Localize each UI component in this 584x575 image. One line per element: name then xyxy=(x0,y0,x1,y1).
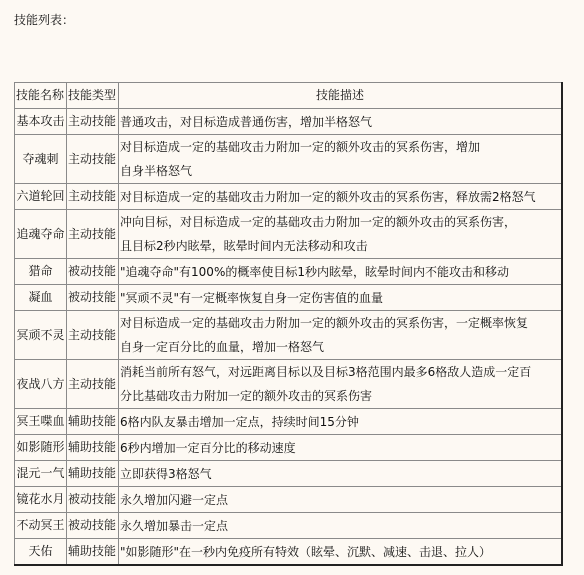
skill-name: 镜花水月 xyxy=(15,487,67,513)
skill-desc-line: 对目标造成一定的基础攻击力附加一定的额外攻击的冥系伤害，释放需2格怒气 xyxy=(120,185,560,209)
table-row: 混元一气辅助技能立即获得3格怒气 xyxy=(15,461,563,487)
skill-type: 主动技能 xyxy=(67,184,119,210)
skill-name: 猎命 xyxy=(15,259,67,285)
skill-type: 主动技能 xyxy=(67,135,119,184)
table-row: 夜战八方主动技能消耗当前所有怒气，对远距离目标以及目标3格范围内最多6格敌人造成… xyxy=(15,360,563,409)
skill-type: 辅助技能 xyxy=(67,409,119,435)
table-row: 夺魂刺主动技能对目标造成一定的基础攻击力附加一定的额外攻击的冥系伤害，增加自身半… xyxy=(15,135,563,184)
skill-desc-line: 对目标造成一定的基础攻击力附加一定的额外攻击的冥系伤害，增加 xyxy=(120,135,560,159)
skill-type: 主动技能 xyxy=(67,360,119,409)
skill-name: 夺魂刺 xyxy=(15,135,67,184)
skill-desc-line: 自身一定百分比的血量，增加一格怒气 xyxy=(120,335,560,359)
skill-name: 天佑 xyxy=(15,539,67,566)
skill-desc-line: 分比基础攻击力附加一定的额外攻击的冥系伤害 xyxy=(120,384,560,408)
page-title: 技能列表： xyxy=(14,12,74,28)
skill-desc-line: 6秒内增加一定百分比的移动速度 xyxy=(120,436,560,460)
table-header-row: 技能名称 技能类型 技能描述 xyxy=(15,83,563,109)
skill-desc: 对目标造成一定的基础攻击力附加一定的额外攻击的冥系伤害，一定概率恢复自身一定百分… xyxy=(119,311,563,360)
skill-desc: 永久增加闪避一定点 xyxy=(119,487,563,513)
skill-type: 被动技能 xyxy=(67,487,119,513)
skill-type: 被动技能 xyxy=(67,513,119,539)
header-skill-name: 技能名称 xyxy=(15,83,67,109)
table-row: 六道轮回主动技能对目标造成一定的基础攻击力附加一定的额外攻击的冥系伤害，释放需2… xyxy=(15,184,563,210)
table-row: 追魂夺命主动技能冲向目标，对目标造成一定的基础攻击力附加一定的额外攻击的冥系伤害… xyxy=(15,210,563,259)
skill-desc: 对目标造成一定的基础攻击力附加一定的额外攻击的冥系伤害，增加自身半格怒气 xyxy=(119,135,563,184)
skill-desc: 对目标造成一定的基础攻击力附加一定的额外攻击的冥系伤害，释放需2格怒气 xyxy=(119,184,563,210)
header-skill-desc: 技能描述 xyxy=(119,83,563,109)
skill-desc: 6格内队友暴击增加一定点，持续时间15分钟 xyxy=(119,409,563,435)
skill-name: 夜战八方 xyxy=(15,360,67,409)
skill-desc: "冥顽不灵"有一定概率恢复自身一定伤害值的血量 xyxy=(119,285,563,311)
skill-desc-line: 自身半格怒气 xyxy=(120,159,560,183)
skill-type: 主动技能 xyxy=(67,210,119,259)
skill-name: 如影随形 xyxy=(15,435,67,461)
skill-type: 主动技能 xyxy=(67,109,119,135)
skill-type: 被动技能 xyxy=(67,259,119,285)
skill-desc: 立即获得3格怒气 xyxy=(119,461,563,487)
skill-name: 凝血 xyxy=(15,285,67,311)
skill-desc: 冲向目标，对目标造成一定的基础攻击力附加一定的额外攻击的冥系伤害，且目标2秒内眩… xyxy=(119,210,563,259)
table-row: 凝血被动技能"冥顽不灵"有一定概率恢复自身一定伤害值的血量 xyxy=(15,285,563,311)
table-row: 冥王喋血辅助技能6格内队友暴击增加一定点，持续时间15分钟 xyxy=(15,409,563,435)
skill-desc-line: 对目标造成一定的基础攻击力附加一定的额外攻击的冥系伤害，一定概率恢复 xyxy=(120,311,560,335)
table-row: 不动冥王被动技能永久增加暴击一定点 xyxy=(15,513,563,539)
skill-name: 六道轮回 xyxy=(15,184,67,210)
skill-desc-line: 普通攻击，对目标造成普通伤害，增加半格怒气 xyxy=(120,110,560,134)
skill-desc: 永久增加暴击一定点 xyxy=(119,513,563,539)
skill-desc-line: 立即获得3格怒气 xyxy=(120,462,560,486)
skill-desc-line: 永久增加闪避一定点 xyxy=(120,488,560,512)
skill-name: 追魂夺命 xyxy=(15,210,67,259)
skill-name: 基本攻击 xyxy=(15,109,67,135)
skill-type: 辅助技能 xyxy=(67,435,119,461)
skill-type: 辅助技能 xyxy=(67,461,119,487)
skill-desc: 消耗当前所有怒气，对远距离目标以及目标3格范围内最多6格敌人造成一定百分比基础攻… xyxy=(119,360,563,409)
skill-name: 不动冥王 xyxy=(15,513,67,539)
skill-desc: 普通攻击，对目标造成普通伤害，增加半格怒气 xyxy=(119,109,563,135)
skill-desc: 6秒内增加一定百分比的移动速度 xyxy=(119,435,563,461)
skills-table: 技能名称 技能类型 技能描述 基本攻击主动技能普通攻击，对目标造成普通伤害，增加… xyxy=(14,82,563,566)
table-row: 镜花水月被动技能永久增加闪避一定点 xyxy=(15,487,563,513)
header-skill-type: 技能类型 xyxy=(67,83,119,109)
skill-name: 冥顽不灵 xyxy=(15,311,67,360)
skill-desc-line: 永久增加暴击一定点 xyxy=(120,514,560,538)
table-row: 如影随形辅助技能6秒内增加一定百分比的移动速度 xyxy=(15,435,563,461)
skill-name: 冥王喋血 xyxy=(15,409,67,435)
table-row: 基本攻击主动技能普通攻击，对目标造成普通伤害，增加半格怒气 xyxy=(15,109,563,135)
skill-type: 辅助技能 xyxy=(67,539,119,566)
skill-desc-line: 消耗当前所有怒气，对远距离目标以及目标3格范围内最多6格敌人造成一定百 xyxy=(120,360,560,384)
skill-desc-line: 6格内队友暴击增加一定点，持续时间15分钟 xyxy=(120,410,560,434)
skill-type: 主动技能 xyxy=(67,311,119,360)
table-row: 天佑辅助技能"如影随形"在一秒内免疫所有特效（眩晕、沉默、减速、击退、拉人） xyxy=(15,539,563,566)
skill-desc: "如影随形"在一秒内免疫所有特效（眩晕、沉默、减速、击退、拉人） xyxy=(119,539,563,566)
skill-type: 被动技能 xyxy=(67,285,119,311)
table-row: 猎命被动技能"追魂夺命"有100%的概率使目标1秒内眩晕，眩晕时间内不能攻击和移… xyxy=(15,259,563,285)
skill-desc: "追魂夺命"有100%的概率使目标1秒内眩晕，眩晕时间内不能攻击和移动 xyxy=(119,259,563,285)
skill-desc-line: "如影随形"在一秒内免疫所有特效（眩晕、沉默、减速、击退、拉人） xyxy=(120,540,560,564)
skill-desc-line: "追魂夺命"有100%的概率使目标1秒内眩晕，眩晕时间内不能攻击和移动 xyxy=(120,260,560,284)
skill-name: 混元一气 xyxy=(15,461,67,487)
skill-desc-line: "冥顽不灵"有一定概率恢复自身一定伤害值的血量 xyxy=(120,286,560,310)
table-row: 冥顽不灵主动技能对目标造成一定的基础攻击力附加一定的额外攻击的冥系伤害，一定概率… xyxy=(15,311,563,360)
skill-desc-line: 冲向目标，对目标造成一定的基础攻击力附加一定的额外攻击的冥系伤害， xyxy=(120,210,560,234)
skill-desc-line: 且目标2秒内眩晕，眩晕时间内无法移动和攻击 xyxy=(120,234,560,258)
